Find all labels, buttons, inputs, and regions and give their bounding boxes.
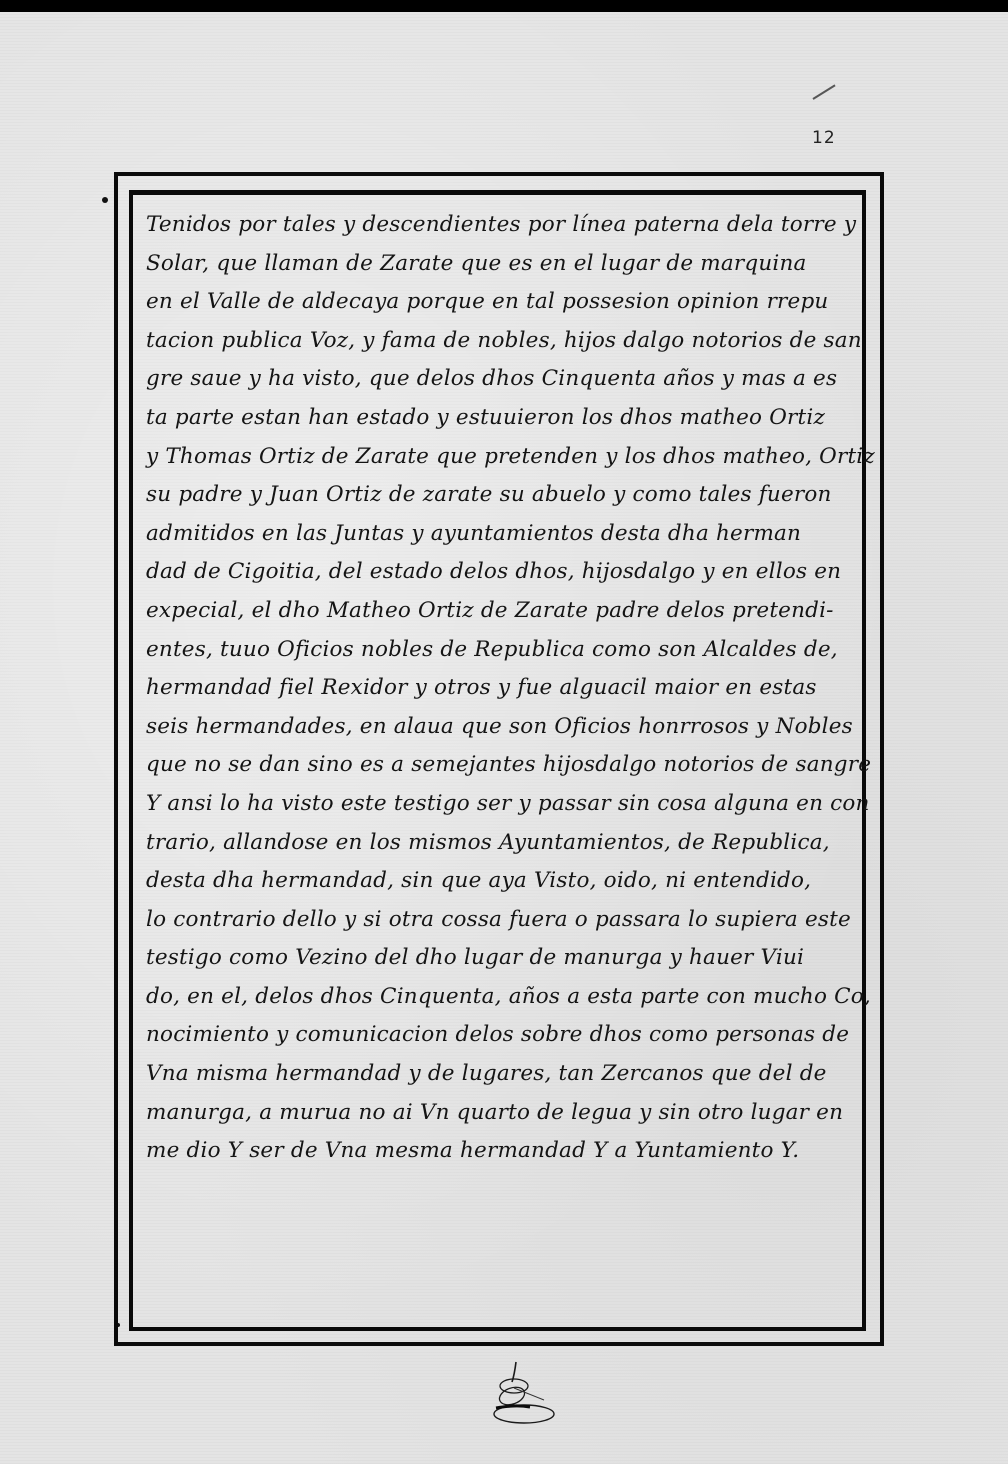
text-line: trario, allandose en los mismos Ayuntami… xyxy=(146,824,858,863)
scan-top-edge xyxy=(0,0,1008,12)
text-line: y Thomas Ortiz de Zarate que pretenden y… xyxy=(146,438,858,477)
text-line: ta parte estan han estado y estuuieron l… xyxy=(146,399,858,438)
text-line: hermandad fiel Rexidor y otros y fue alg… xyxy=(146,669,858,708)
text-line: Solar, que llaman de Zarate que es en el… xyxy=(146,245,858,284)
text-line: Tenidos por tales y descendientes por lí… xyxy=(146,206,858,245)
text-line: entes, tuuo Oficios nobles de Republica … xyxy=(146,631,858,670)
text-line: manurga, a murua no ai Vn quarto de legu… xyxy=(146,1094,858,1133)
text-line: Vna misma hermandad y de lugares, tan Ze… xyxy=(146,1055,858,1094)
text-line: admitidos en las Juntas y ayuntamientos … xyxy=(146,515,858,554)
text-line: nocimiento y comunicacion delos sobre dh… xyxy=(146,1016,858,1055)
text-line: gre saue y ha visto, que delos dhos Cinq… xyxy=(146,360,858,399)
text-line: expecial, el dho Matheo Ortiz de Zarate … xyxy=(146,592,858,631)
text-line: do, en el, delos dhos Cinquenta, años a … xyxy=(146,978,858,1017)
text-line: lo contrario dello y si otra cossa fuera… xyxy=(146,901,858,940)
text-line: me dio Y ser de Vna mesma hermandad Y a … xyxy=(146,1132,858,1171)
text-line: Y ansi lo ha visto este testigo ser y pa… xyxy=(146,785,858,824)
folio-mark-stroke xyxy=(812,84,835,99)
text-line: dad de Cigoitia, del estado delos dhos, … xyxy=(146,553,858,592)
text-line: desta dha hermandad, sin que aya Visto, … xyxy=(146,862,858,901)
text-line: en el Valle de aldecaya porque en tal po… xyxy=(146,283,858,322)
text-line: seis hermandades, en alaua que son Ofici… xyxy=(146,708,858,747)
rubric-signature-icon xyxy=(488,1360,568,1430)
text-line: testigo como Vezino del dho lugar de man… xyxy=(146,939,858,978)
text-line: su padre y Juan Ortiz de zarate su abuel… xyxy=(146,476,858,515)
page-number: 12 xyxy=(812,128,836,148)
text-line: tacion publica Voz, y fama de nobles, hi… xyxy=(146,322,858,361)
manuscript-page: 12 Tenidos por tales y descendientes por… xyxy=(0,0,1008,1464)
margin-dot-top xyxy=(102,197,108,203)
text-line: que no se dan sino es a semejantes hijos… xyxy=(146,746,858,785)
manuscript-text: Tenidos por tales y descendientes por lí… xyxy=(146,206,858,1171)
